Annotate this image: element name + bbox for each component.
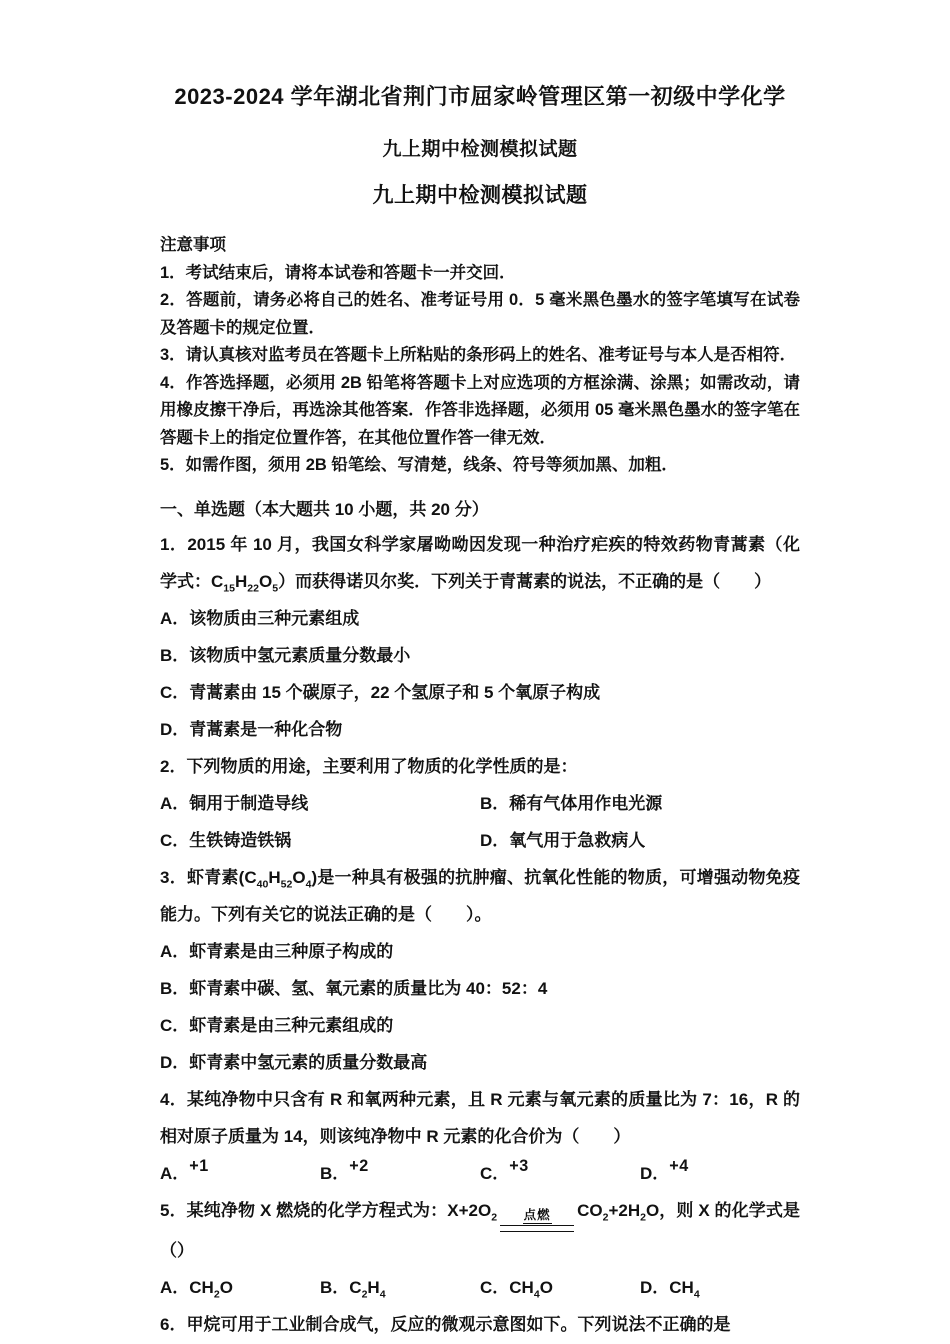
question-1-option-a: A．该物质由三种元素组成 xyxy=(160,600,800,637)
question-1: 1．2015 年 10 月，我国女科学家屠呦呦因发现一种治疗疟疾的特效药物青蒿素… xyxy=(160,526,800,748)
question-1-option-b: B．该物质中氢元素质量分数最小 xyxy=(160,637,800,674)
notice-section: 注意事项 1．考试结束后，请将本试卷和答题卡一并交回． 2．答题前，请务必将自己… xyxy=(160,232,800,480)
question-5-option-c: C．CH4O xyxy=(480,1269,640,1306)
question-3-option-c: C．虾青素是由三种元素组成的 xyxy=(160,1007,800,1044)
notice-heading: 注意事项 xyxy=(160,232,800,260)
question-3-option-d: D．虾青素中氢元素的质量分数最高 xyxy=(160,1044,800,1081)
section-heading: 一、单选题（本大题共 10 小题，共 20 分） xyxy=(160,494,800,526)
question-4-stem: 4．某纯净物中只含有 R 和氧两种元素，且 R 元素与氧元素的质量比为 7：16… xyxy=(160,1081,800,1155)
question-1-option-d: D．青蒿素是一种化合物 xyxy=(160,711,800,748)
question-2-stem: 2．下列物质的用途，主要利用了物质的化学性质的是： xyxy=(160,748,800,785)
question-4-option-c: C．+3 xyxy=(480,1155,640,1192)
question-2-options-row-2: C．生铁铸造铁锅 D．氧气用于急救病人 xyxy=(160,822,800,859)
question-2-option-d: D．氧气用于急救病人 xyxy=(480,822,800,859)
question-3-option-b: B．虾青素中碳、氢、氧元素的质量比为 40：52：4 xyxy=(160,970,800,1007)
notice-item-5: 5．如需作图，须用 2B 铅笔绘、写清楚，线条、符号等须加黑、加粗． xyxy=(160,452,800,480)
question-5-option-a: A．CH2O xyxy=(160,1269,320,1306)
question-1-stem: 1．2015 年 10 月，我国女科学家屠呦呦因发现一种治疗疟疾的特效药物青蒿素… xyxy=(160,526,800,600)
question-2-option-a: A．铜用于制造导线 xyxy=(160,785,480,822)
question-1-option-c: C．青蒿素由 15 个碳原子，22 个氢原子和 5 个氧原子构成 xyxy=(160,674,800,711)
exam-paper-page: 2023-2024 学年湖北省荆门市屈家岭管理区第一初级中学化学 九上期中检测模… xyxy=(0,0,950,1344)
notice-item-2: 2．答题前，请务必将自己的姓名、准考证号用 0．5 毫米黑色墨水的签字笔填写在试… xyxy=(160,287,800,342)
notice-item-3: 3．请认真核对监考员在答题卡上所粘贴的条形码上的姓名、准考证号与本人是否相符． xyxy=(160,342,800,370)
question-3-stem: 3．虾青素(C40H52O4)是一种具有极强的抗肿瘤、抗氧化性能的物质，可增强动… xyxy=(160,859,800,933)
question-4: 4．某纯净物中只含有 R 和氧两种元素，且 R 元素与氧元素的质量比为 7：16… xyxy=(160,1081,800,1192)
question-2-option-c: C．生铁铸造铁锅 xyxy=(160,822,480,859)
doc-subtitle-repeat: 九上期中检测模拟试题 xyxy=(160,183,800,208)
question-6-stem: 6．甲烷可用于工业制合成气，反应的微观示意图如下。下列说法不正确的是 xyxy=(160,1306,800,1343)
notice-item-4: 4．作答选择题，必须用 2B 铅笔将答题卡上对应选项的方框涂满、涂黑；如需改动，… xyxy=(160,370,800,453)
question-3: 3．虾青素(C40H52O4)是一种具有极强的抗肿瘤、抗氧化性能的物质，可增强动… xyxy=(160,859,800,1081)
doc-subtitle: 九上期中检测模拟试题 xyxy=(160,138,800,161)
question-4-options-row: A．+1 B．+2 C．+3 D．+4 xyxy=(160,1155,800,1192)
notice-item-1: 1．考试结束后，请将本试卷和答题卡一并交回． xyxy=(160,260,800,288)
doc-title: 2023-2024 学年湖北省荆门市屈家岭管理区第一初级中学化学 xyxy=(160,84,800,110)
question-2-options-row-1: A．铜用于制造导线 B．稀有气体用作电光源 xyxy=(160,785,800,822)
question-4-option-a: A．+1 xyxy=(160,1155,320,1192)
ignite-condition-label: 点燃 xyxy=(500,1208,574,1232)
question-4-option-d: D．+4 xyxy=(640,1155,800,1192)
question-5-option-b: B．C2H4 xyxy=(320,1269,480,1306)
question-5: 5．某纯净物 X 燃烧的化学方程式为：X+2O2点燃CO2+2H2O，则 X 的… xyxy=(160,1192,800,1306)
question-5-options-row: A．CH2O B．C2H4 C．CH4O D．CH4 xyxy=(160,1269,800,1306)
question-6: 6．甲烷可用于工业制合成气，反应的微观示意图如下。下列说法不正确的是 xyxy=(160,1306,800,1343)
question-5-option-d: D．CH4 xyxy=(640,1269,800,1306)
question-4-option-b: B．+2 xyxy=(320,1155,480,1192)
page-content: 2023-2024 学年湖北省荆门市屈家岭管理区第一初级中学化学 九上期中检测模… xyxy=(0,0,950,1343)
question-3-option-a: A．虾青素是由三种原子构成的 xyxy=(160,933,800,970)
question-2-option-b: B．稀有气体用作电光源 xyxy=(480,785,800,822)
question-5-stem: 5．某纯净物 X 燃烧的化学方程式为：X+2O2点燃CO2+2H2O，则 X 的… xyxy=(160,1192,800,1269)
question-2: 2．下列物质的用途，主要利用了物质的化学性质的是： A．铜用于制造导线 B．稀有… xyxy=(160,748,800,859)
